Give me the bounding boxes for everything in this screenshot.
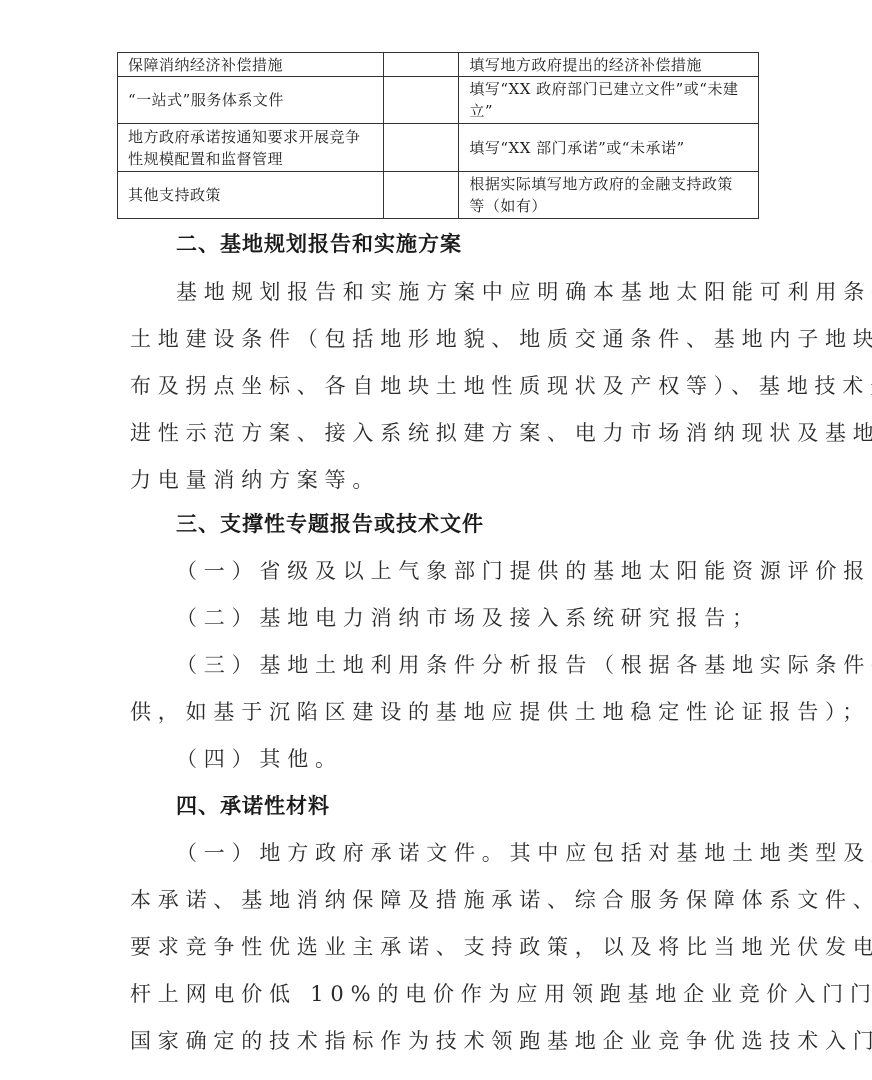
table-row: 地方政府承诺按通知要求开展竞争性规模配置和监督管理 填写“XX 部门承诺”或“未… (118, 124, 759, 172)
table-row: 其他支持政策 根据实际填写地方政府的金融支持政策等（如有） (118, 172, 759, 219)
paragraph-line: 杆上网电价低 10%的电价作为应用领跑基地企业竞价入门门槛、将 (130, 979, 770, 1009)
paragraph-line: 基地规划报告和实施方案中应明确本基地太阳能可利用条件、 (176, 277, 770, 307)
table-cell-value (383, 77, 459, 124)
document-page: 保障消纳经济补偿措施 填写地方政府提出的经济补偿措施 “一站式”服务体系文件 填… (0, 0, 872, 1080)
table-cell-item: 地方政府承诺按通知要求开展竞争性规模配置和监督管理 (118, 124, 384, 172)
paragraph-line: 土地建设条件（包括地形地貌、地质交通条件、基地内子地块分 (130, 324, 770, 354)
paragraph-line: 国家确定的技术指标作为技术领跑基地企业竞争优选技术入门门 (130, 1026, 770, 1056)
table-cell-value (383, 53, 459, 77)
paragraph-line: 供，如基于沉陷区建设的基地应提供土地稳定性论证报告）； (130, 697, 770, 727)
paragraph-line: 要求竞争性优选业主承诺、支持政策，以及将比当地光伏发电标 (130, 932, 770, 962)
table-cell-item: 其他支持政策 (118, 172, 384, 219)
table-cell-instruction: 填写“XX 政府部门已建立文件”或“未建立” (459, 77, 759, 124)
table-cell-value (383, 124, 459, 172)
paragraph-line: 力电量消纳方案等。 (130, 465, 770, 495)
table-cell-value (383, 172, 459, 219)
paragraph-line: （三）基地土地利用条件分析报告（根据各基地实际条件提 (176, 650, 770, 680)
paragraph-line: （四）其他。 (176, 744, 770, 774)
table-cell-item: 保障消纳经济补偿措施 (118, 53, 384, 77)
paragraph-line: （一）省级及以上气象部门提供的基地太阳能资源评价报告； (176, 556, 770, 586)
table-row: 保障消纳经济补偿措施 填写地方政府提出的经济补偿措施 (118, 53, 759, 77)
paragraph-line: （一）地方政府承诺文件。其中应包括对基地土地类型及成 (176, 838, 770, 868)
requirements-table: 保障消纳经济补偿措施 填写地方政府提出的经济补偿措施 “一站式”服务体系文件 填… (117, 52, 759, 219)
section-heading: 四、承诺性材料 (176, 791, 330, 821)
table-cell-instruction: 填写地方政府提出的经济补偿措施 (459, 53, 759, 77)
section-heading: 三、支撑性专题报告或技术文件 (176, 509, 484, 539)
table-cell-instruction: 根据实际填写地方政府的金融支持政策等（如有） (459, 172, 759, 219)
table-cell-item: “一站式”服务体系文件 (118, 77, 384, 124)
paragraph-line: （二）基地电力消纳市场及接入系统研究报告； (176, 603, 770, 633)
paragraph-line: 本承诺、基地消纳保障及措施承诺、综合服务保障体系文件、按 (130, 885, 770, 915)
table-row: “一站式”服务体系文件 填写“XX 政府部门已建立文件”或“未建立” (118, 77, 759, 124)
paragraph-line: 进性示范方案、接入系统拟建方案、电力市场消纳现状及基地电 (130, 418, 770, 448)
section-heading: 二、基地规划报告和实施方案 (176, 229, 462, 259)
table-cell-instruction: 填写“XX 部门承诺”或“未承诺” (459, 124, 759, 172)
paragraph-line: 布及拐点坐标、各自地块土地性质现状及产权等）、基地技术先 (130, 371, 770, 401)
